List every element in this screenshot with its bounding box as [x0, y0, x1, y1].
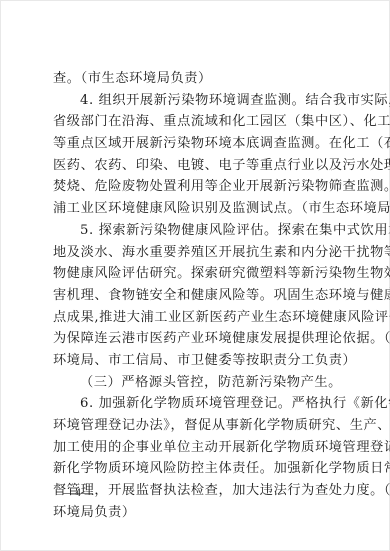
paragraph-4-line: 4. 组织开展新污染物环境调查监测。结合我市实际，配合	[53, 90, 336, 112]
paragraph-5-line: 5. 探索新污染物健康风险评估。探索在集中式饮用水水源	[53, 220, 336, 242]
paragraph-5-line: 物健康风险评估研究。探索研究微塑料等新污染物生物效应与危	[53, 263, 336, 285]
paragraph-6-line: 加工使用的企事业单位主动开展新化学物质环境管理登记，落实	[53, 437, 336, 459]
paragraph-6-line: 6. 加强新化学物质环境管理登记。严格执行《新化学物质	[53, 393, 336, 415]
paragraph-6-line: 督管理，开展监督执法检查，加大违法行为查处力度。（市生态	[53, 480, 336, 502]
page-number: —4—	[63, 485, 93, 500]
paragraph-4-line: 浦工业区环境健康风险识别及监测试点。（市生态环境局负责）	[53, 198, 336, 220]
paragraph-5-line: 环境局、市工信局、市卫健委等按职责分工负责）	[53, 350, 336, 372]
paragraph-5-line: 害机理、食物链安全和健康风险等。巩固生态环境与健康管理试	[53, 285, 336, 307]
paragraph-6-line: 环境管理登记办法》，督促从事新化学物质研究、生产、进口和	[53, 415, 336, 437]
paragraph-4-line: 医药、农药、印染、电镀、电子等重点行业以及污水处理、垃圾	[53, 155, 336, 177]
paragraph-4-line: 等重点区域开展新污染物环境本底调查监测。在化工（石化）、	[53, 133, 336, 155]
paragraph-5-line: 地及淡水、海水重要养殖区开展抗生素和内分泌干扰物等新污染	[53, 242, 336, 264]
paragraph-4-line: 焚烧、危险废物处置利用等企业开展新污染物筛查监测。开展大	[53, 176, 336, 198]
document-body: 查。（市生态环境局负责） 4. 组织开展新污染物环境调查监测。结合我市实际，配合…	[53, 68, 336, 523]
text-line: 查。（市生态环境局负责）	[53, 68, 336, 90]
paragraph-6-line: 环境局负责）	[53, 502, 336, 524]
paragraph-5-line: 点成果,推进大浦工业区新医药产业生态环境健康风险评估工作,	[53, 307, 336, 329]
paragraph-6-line: 新化学物质环境风险防控主体责任。加强新化学物质日常环境监	[53, 458, 336, 480]
paragraph-4-line: 省级部门在沿海、重点流域和化工园区（集中区）、化工监测点	[53, 111, 336, 133]
document-page: 查。（市生态环境局负责） 4. 组织开展新污染物环境调查监测。结合我市实际，配合…	[0, 0, 390, 551]
paragraph-5-line: 为保障连云港市医药产业环境健康发展提供理论依据。（市生态	[53, 328, 336, 350]
section-heading: （三）严格源头管控，防范新污染物产生。	[53, 372, 336, 394]
